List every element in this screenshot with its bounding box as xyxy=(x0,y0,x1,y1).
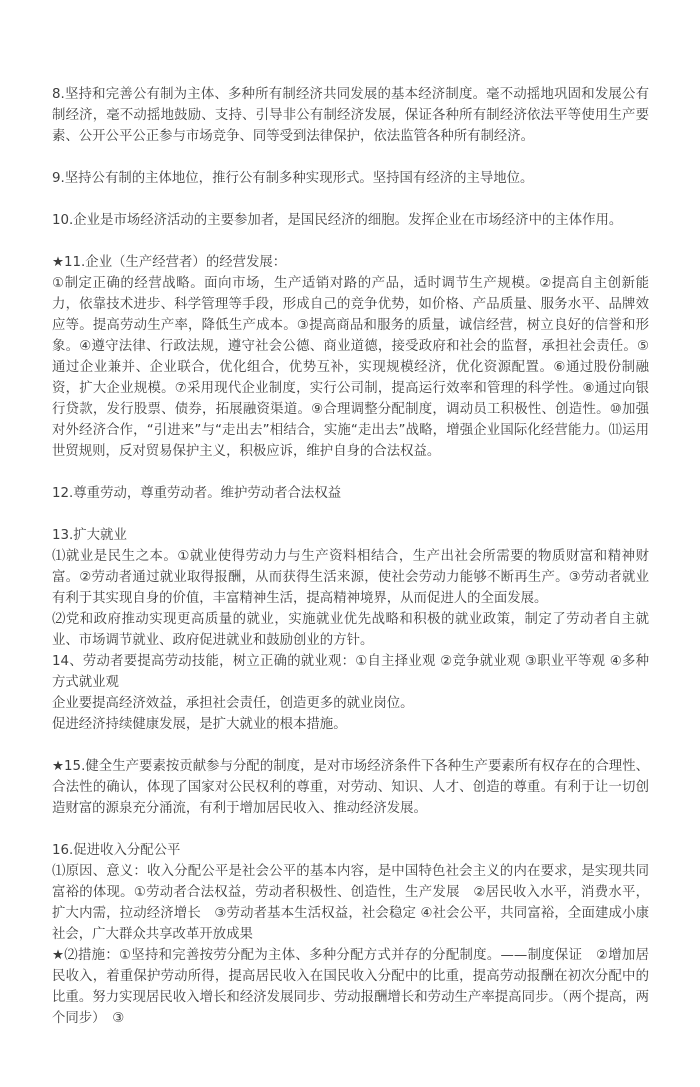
paragraph-item-11-body: ①制定正确的经营战略。面向市场，生产适销对路的产品，适时调节生产规模。②提高自主… xyxy=(52,273,649,462)
paragraph-item-14-enterprise: 企业要提高经济效益，承担社会责任，创造更多的就业岗位。 xyxy=(52,693,649,714)
paragraph-item-8: 8.坚持和完善公有制为主体、多种所有制经济共同发展的基本经济制度。毫不动摇地巩固… xyxy=(52,84,649,147)
paragraph-item-14: 14、劳动者要提高劳动技能，树立正确的就业观：①自主择业观 ②竞争就业观 ③职业… xyxy=(52,651,649,693)
paragraph-item-15: ★15.健全生产要素按贡献参与分配的制度，是对市场经济条件下各种生产要素所有权存… xyxy=(52,756,649,819)
paragraph-item-14-growth: 促进经济持续健康发展，是扩大就业的根本措施。 xyxy=(52,714,649,735)
section-item-10: 10.企业是市场经济活动的主要参加者，是国民经济的细胞。发挥企业在市场经济中的主… xyxy=(52,210,649,231)
section-item-9: 9.坚持公有制的主体地位，推行公有制多种实现形式。坚持国有经济的主导地位。 xyxy=(52,168,649,189)
paragraph-item-10: 10.企业是市场经济活动的主要参加者，是国民经济的细胞。发挥企业在市场经济中的主… xyxy=(52,210,649,231)
paragraph-item-16-heading: 16.促进收入分配公平 xyxy=(52,840,649,861)
section-item-13: 13.扩大就业 ⑴就业是民生之本。①就业使得劳动力与生产资料相结合，生产出社会所… xyxy=(52,525,649,735)
paragraph-item-13-point-2: ⑵党和政府推动实现更高质量的就业，实施就业优先战略和积极的就业政策，制定了劳动者… xyxy=(52,609,649,651)
section-item-16: 16.促进收入分配公平 ⑴原因、意义：收入分配公平是社会公平的基本内容，是中国特… xyxy=(52,840,649,1029)
section-item-8: 8.坚持和完善公有制为主体、多种所有制经济共同发展的基本经济制度。毫不动摇地巩固… xyxy=(52,84,649,147)
paragraph-item-11-heading: ★11.企业（生产经营者）的经营发展： xyxy=(52,252,649,273)
section-item-12: 12.尊重劳动，尊重劳动者。维护劳动者合法权益 xyxy=(52,483,649,504)
paragraph-item-16-reasons: ⑴原因、意义：收入分配公平是社会公平的基本内容，是中国特色社会主义的内在要求，是… xyxy=(52,861,649,945)
paragraph-item-13-heading: 13.扩大就业 xyxy=(52,525,649,546)
section-item-11: ★11.企业（生产经营者）的经营发展： ①制定正确的经营战略。面向市场，生产适销… xyxy=(52,252,649,462)
paragraph-item-13-point-1: ⑴就业是民生之本。①就业使得劳动力与生产资料相结合，生产出社会所需要的物质财富和… xyxy=(52,546,649,609)
paragraph-item-9: 9.坚持公有制的主体地位，推行公有制多种实现形式。坚持国有经济的主导地位。 xyxy=(52,168,649,189)
section-item-15: ★15.健全生产要素按贡献参与分配的制度，是对市场经济条件下各种生产要素所有权存… xyxy=(52,756,649,819)
document-page: 8.坚持和完善公有制为主体、多种所有制经济共同发展的基本经济制度。毫不动摇地巩固… xyxy=(0,0,700,1087)
paragraph-item-16-measures: ★⑵措施：①坚持和完善按劳分配为主体、多种分配方式并存的分配制度。——制度保证 … xyxy=(52,945,649,1029)
paragraph-item-12: 12.尊重劳动，尊重劳动者。维护劳动者合法权益 xyxy=(52,483,649,504)
